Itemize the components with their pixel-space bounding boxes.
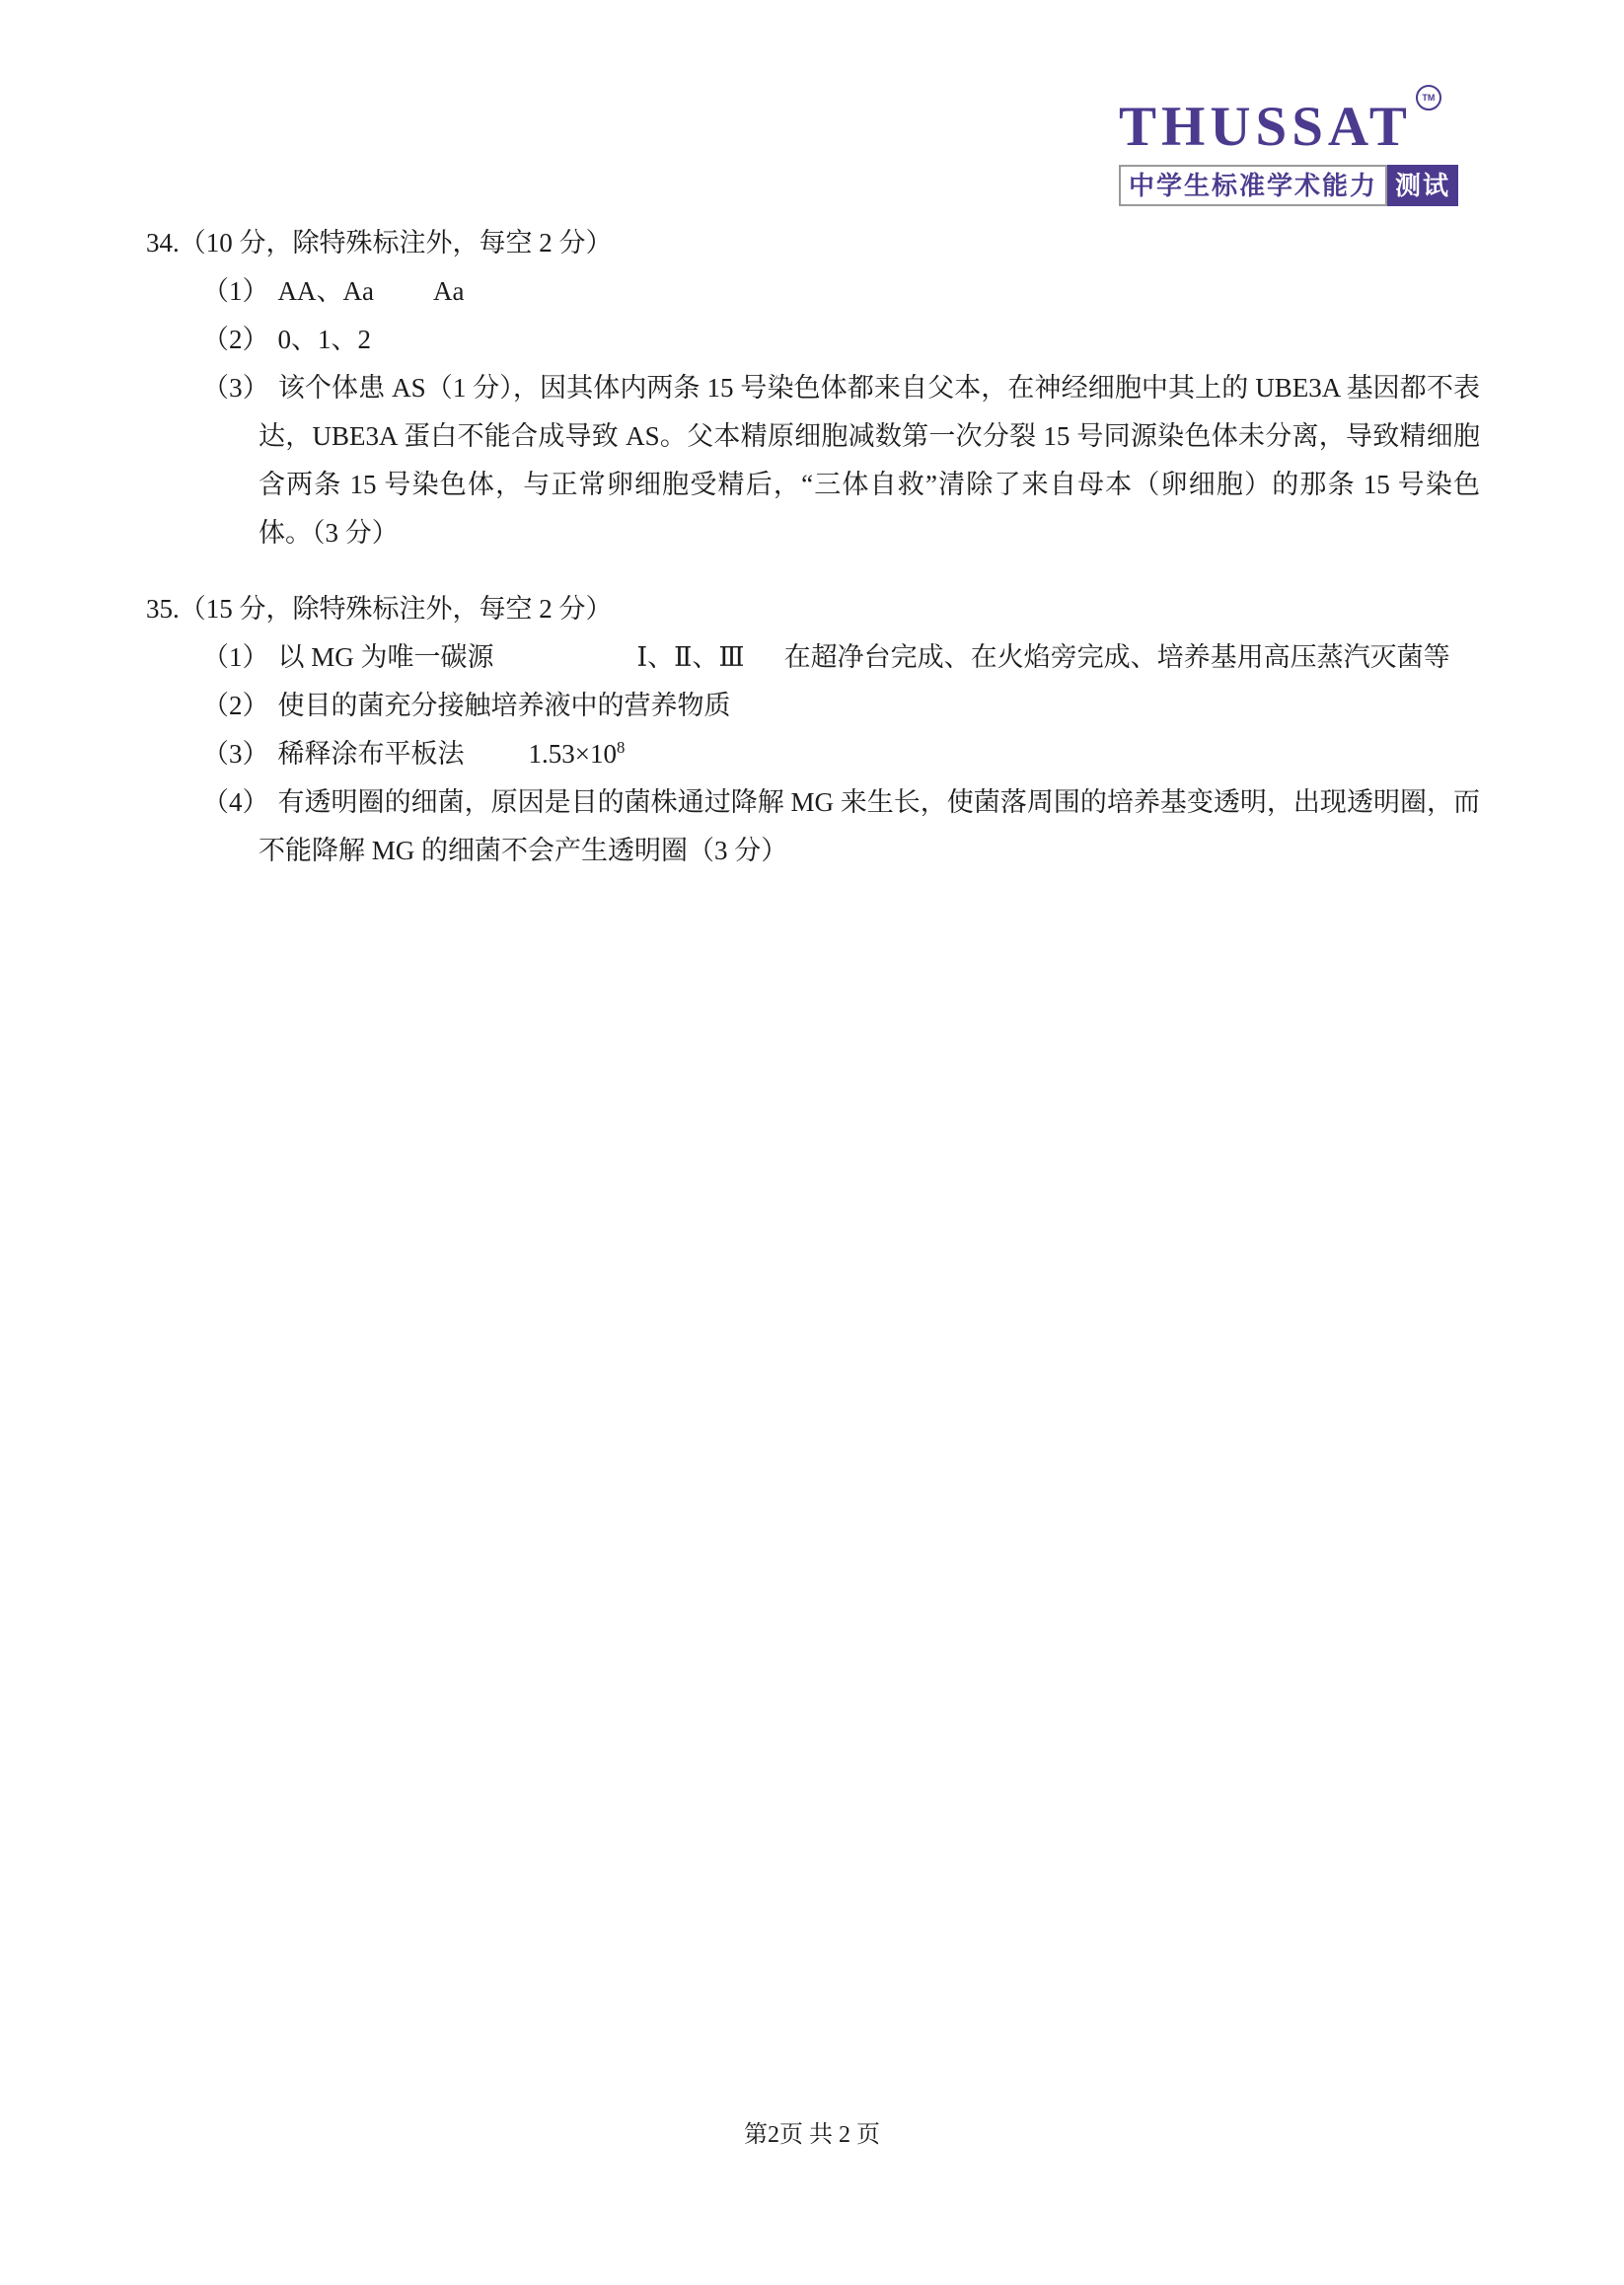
logo-subtitle-badge: 测试 [1387,165,1458,206]
brand-wordmark: THUSSAT [1119,99,1412,155]
thussat-logo: THUSSAT TM 中学生标准学术能力 测试 [1119,99,1458,206]
logo-subtitle-row: 中学生标准学术能力 测试 [1119,165,1458,206]
q34-item-2-marker: （2） [202,325,269,354]
q35-item-3: （3）稀释涂布平板法1.53×108 [146,730,1480,778]
q35-item-2: （2）使目的菌充分接触培养液中的营养物质 [146,682,1480,730]
page-footer: 第2页 共 2 页 [0,2114,1624,2149]
q35-item-1-marker: （1） [202,642,269,672]
q35-item-2-marker: （2） [202,691,269,720]
q35-item-1-answer-a: 以 MG 为唯一碳源 [278,642,494,672]
q35-item-4-answer: 有透明圈的细菌，原因是目的菌株通过降解 MG 来生长，使菌落周围的培养基变透明，… [258,787,1480,865]
trademark-icon: TM [1416,85,1441,111]
q34-item-3-answer: 该个体患 AS（1 分），因其体内两条 15 号染色体都来自父本，在神经细胞中其… [258,373,1480,548]
brand-row: THUSSAT TM [1119,99,1458,155]
q34-item-2: （2）0、1、2 [146,316,1480,364]
page-indicator: 第2页 共 2 页 [744,2122,880,2148]
q35-item-4: （4）有透明圈的细菌，原因是目的菌株通过降解 MG 来生长，使菌落周围的培养基变… [146,778,1480,875]
q34-item-3: （3）该个体患 AS（1 分），因其体内两条 15 号染色体都来自父本，在神经细… [146,364,1480,557]
question-34-header: 34.（10 分，除特殊标注外，每空 2 分） [146,219,1480,267]
question-35-number: 35. [146,594,180,624]
answers-content: 34.（10 分，除特殊标注外，每空 2 分） （1）AA、AaAa （2）0、… [146,219,1480,875]
question-35-score-note: （15 分，除特殊标注外，每空 2 分） [180,594,613,624]
q35-item-1: （1）以 MG 为唯一碳源Ⅰ、Ⅱ、Ⅲ在超净台完成、在火焰旁完成、培养基用高压蒸汽… [146,633,1480,682]
q35-item-2-answer: 使目的菌充分接触培养液中的营养物质 [278,691,731,720]
logo-subtitle-text: 中学生标准学术能力 [1119,165,1387,206]
q35-item-3-value-base: 1.53×10 [529,739,617,769]
q35-item-3-marker: （3） [202,739,269,769]
q34-item-1-answer-a: AA、Aa [278,276,374,306]
q34-item-3-marker: （3） [202,373,269,403]
question-35-header: 35.（15 分，除特殊标注外，每空 2 分） [146,585,1480,633]
question-34-score-note: （10 分，除特殊标注外，每空 2 分） [180,228,613,258]
q35-item-3-value: 1.53×108 [529,739,626,769]
q34-item-1: （1）AA、AaAa [146,267,1480,316]
q35-item-3-value-exponent: 8 [617,738,625,757]
question-34-block: 34.（10 分，除特殊标注外，每空 2 分） （1）AA、AaAa （2）0、… [146,219,1480,557]
question-35-block: 35.（15 分，除特殊标注外，每空 2 分） （1）以 MG 为唯一碳源Ⅰ、Ⅱ… [146,585,1480,875]
q34-item-1-answer-b: Aa [433,276,464,306]
q35-item-1-answer-b: Ⅰ、Ⅱ、Ⅲ [637,642,745,672]
answer-sheet-page: THUSSAT TM 中学生标准学术能力 测试 34.（10 分，除特殊标注外，… [0,0,1624,2285]
q35-item-3-answer-a: 稀释涂布平板法 [278,739,465,769]
q34-item-2-answer: 0、1、2 [278,325,372,354]
q34-item-1-marker: （1） [202,276,269,306]
question-34-number: 34. [146,228,180,258]
q35-item-1-answer-c: 在超净台完成、在火焰旁完成、培养基用高压蒸汽灭菌等 [784,642,1450,672]
q35-item-4-marker: （4） [202,787,269,817]
